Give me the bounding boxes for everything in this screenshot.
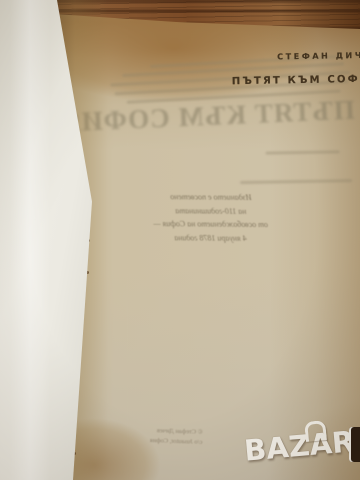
shopping-bag-handle-icon [304, 420, 327, 442]
showthrough-dedication-line: от освобождението на София — [136, 217, 286, 232]
book-title: ПЪТЯТ КЪМ СОФИ [232, 74, 360, 87]
book-photo: ПЪТЯТ КЪМ СОФИЯ Изданието е посветено на… [0, 0, 360, 480]
showthrough-copyright-line: c/o Jusautor, София [122, 435, 202, 448]
showthrough-dedication-line: на 110-годишнината [136, 203, 286, 218]
showthrough-dedication-line: Изданието е посветено [136, 190, 286, 205]
author-name: СТЕФАН ДИЧЕ [277, 51, 360, 62]
showthrough-dedication: Изданието е посветено на 110-годишнината… [136, 190, 286, 245]
showthrough-dedication-line: 4 януари 1878 година [136, 230, 286, 245]
watermark-icon-box [349, 427, 360, 462]
showthrough-text-line [266, 150, 340, 154]
page-sheen [10, 0, 50, 480]
showthrough-copyright: © Стефан Дичев c/o Jusautor, София [122, 425, 203, 448]
showthrough-text-line [240, 179, 352, 184]
